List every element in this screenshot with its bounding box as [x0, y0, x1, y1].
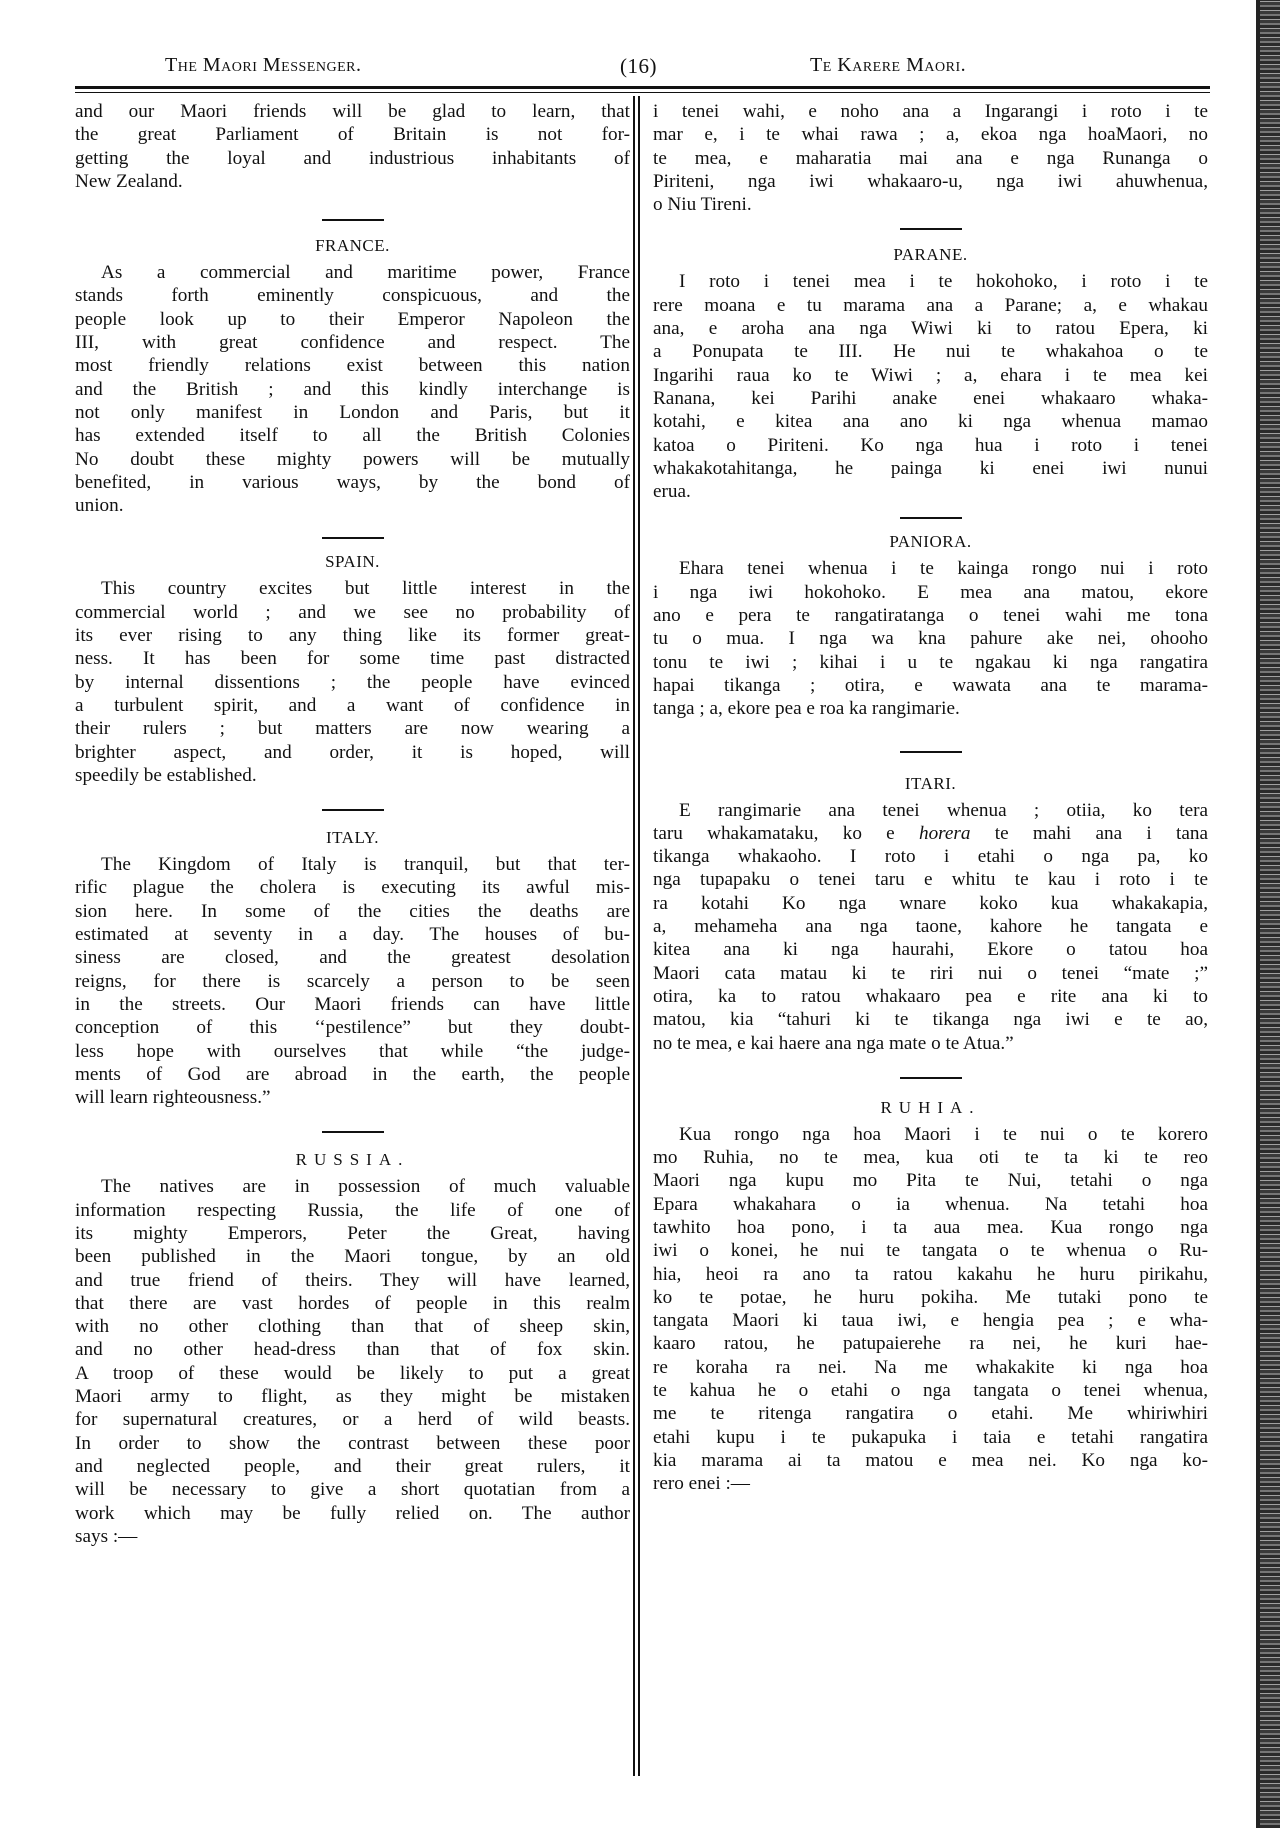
- text-line: no te mea, e kai haere ana nga mate o te…: [653, 1032, 1208, 1055]
- column-divider: [633, 96, 640, 1776]
- itari-section: ITARI. E rangimarie ana tenei whenua ; o…: [653, 773, 1208, 1055]
- france-section: FRANCE. As a commercial and maritime pow…: [75, 235, 630, 517]
- text-line: benefited, in various ways, by the bond …: [75, 471, 630, 494]
- text-line: reigns, for there is scarcely a person t…: [75, 970, 630, 993]
- text-line: matou, kia “tahuri ki te tikanga nga iwi…: [653, 1008, 1208, 1031]
- text-line: The Kingdom of Italy is tranquil, but th…: [75, 853, 630, 876]
- text-line: ko te potae, he huru pokiha. Me tutaki p…: [653, 1286, 1208, 1309]
- section-heading-russia: RUSSIA.: [75, 1149, 630, 1171]
- text-line: In order to show the contrast between th…: [75, 1432, 630, 1455]
- text-line: speedily be established.: [75, 764, 630, 787]
- italic-word: horera: [919, 823, 971, 844]
- text-line: te mea, e maharatia mai ana e nga Runang…: [653, 147, 1208, 170]
- english-column: and our Maori friends will be glad to le…: [75, 100, 630, 1548]
- text-line: most friendly relations exist between th…: [75, 354, 630, 377]
- text-line: and true friend of theirs. They will hav…: [75, 1269, 630, 1292]
- text-line: kitea ana ki nga haurahi, Ekore o tatou …: [653, 938, 1208, 961]
- text-line: E rangimarie ana tenei whenua ; otiia, k…: [653, 799, 1208, 822]
- text-line: rere moana e tu marama ana a Parane; a, …: [653, 294, 1208, 317]
- text-line: tangata Maori ki taua iwi, e hengia pea …: [653, 1309, 1208, 1332]
- spain-section: SPAIN. This country excites but little i…: [75, 551, 630, 787]
- text-line: siness are closed, and the greatest deso…: [75, 946, 630, 969]
- ruhia-section: RUHIA. Kua rongo nga hoa Maori i te nui …: [653, 1097, 1208, 1496]
- text-line: commercial world ; and we see no probabi…: [75, 601, 630, 624]
- text-line: kotahi, e kitea ana ano ki nga whenua ma…: [653, 410, 1208, 433]
- text-line: and the British ; and this kindly interc…: [75, 378, 630, 401]
- text-line: rific plague the cholera is executing it…: [75, 876, 630, 899]
- text-line: etahi kupu i te pukapuka i taia e tetahi…: [653, 1426, 1208, 1449]
- text-line: and our Maori friends will be glad to le…: [75, 100, 630, 123]
- text-line: information respecting Russia, the life …: [75, 1199, 630, 1222]
- text-line: te kahua he o etahi o nga tangata o tene…: [653, 1379, 1208, 1402]
- section-heading-spain: SPAIN.: [75, 551, 630, 573]
- text-line: with no other clothing than that of shee…: [75, 1315, 630, 1338]
- text-fragment: te mahi ana i tana: [971, 823, 1208, 844]
- text-line: a turbulent spirit, and a want of confid…: [75, 694, 630, 717]
- masthead-english-title: The Maori Messenger.: [165, 54, 361, 77]
- section-heading-paniora: PANIORA.: [653, 531, 1208, 553]
- text-line: A troop of these would be likely to put …: [75, 1362, 630, 1385]
- parane-section: PARANE. I roto i tenei mea i te hokohoko…: [653, 244, 1208, 503]
- text-line: ness. It has been for some time past dis…: [75, 647, 630, 670]
- text-line: getting the loyal and industrious inhabi…: [75, 147, 630, 170]
- section-heading-parane: PARANE.: [653, 244, 1208, 266]
- text-line: says :—: [75, 1525, 630, 1548]
- scan-binding-edge: [1260, 0, 1280, 1828]
- text-line: been published in the Maori tongue, by a…: [75, 1245, 630, 1268]
- text-line: The natives are in possession of much va…: [75, 1175, 630, 1198]
- paniora-section: PANIORA. Ehara tenei whenua i te kainga …: [653, 531, 1208, 720]
- text-fragment: taru whakamataku, ko e: [653, 823, 919, 844]
- text-line: Maori cata matau ki te riri nui o tenei …: [653, 962, 1208, 985]
- text-line: brighter aspect, and order, it is hoped,…: [75, 741, 630, 764]
- text-line: mo Ruhia, no te mea, kua oti te ta ki te…: [653, 1146, 1208, 1169]
- text-line: tikanga whakaoho. I roto i etahi o nga p…: [653, 845, 1208, 868]
- text-line: by internal dissentions ; the people hav…: [75, 671, 630, 694]
- text-line: its ever rising to any thing like its fo…: [75, 624, 630, 647]
- section-heading-france: FRANCE.: [75, 235, 630, 257]
- page-number: (16): [620, 54, 657, 79]
- text-line: Ehara tenei whenua i te kainga rongo nui…: [653, 557, 1208, 580]
- section-heading-italy: ITALY.: [75, 827, 630, 849]
- text-line: re koraha ra nei. Na me whakakite ki nga…: [653, 1356, 1208, 1379]
- text-line: i nga iwi hokohoko. E mea ana matou, eko…: [653, 581, 1208, 604]
- text-line: work which may be fully relied on. The a…: [75, 1502, 630, 1525]
- text-line: me te ritenga rangatira o etahi. Me whir…: [653, 1402, 1208, 1425]
- text-line: not only manifest in London and Paris, b…: [75, 401, 630, 424]
- section-heading-itari: ITARI.: [653, 773, 1208, 795]
- text-line: i tenei wahi, e noho ana a Ingarangi i r…: [653, 100, 1208, 123]
- text-line: I roto i tenei mea i te hokohoko, i roto…: [653, 270, 1208, 293]
- text-line: otira, ka to ratou whakaaro pea e rite a…: [653, 985, 1208, 1008]
- text-line: its mighty Emperors, Peter the Great, ha…: [75, 1222, 630, 1245]
- text-line: katoa o Piriteni. Ko nga hua i roto i te…: [653, 434, 1208, 457]
- text-line: will learn righteousness.”: [75, 1086, 630, 1109]
- text-line: a Ponupata te III. He nui te whakahoa o …: [653, 340, 1208, 363]
- text-line: tawhito hoa pono, i ta aua mea. Kua rong…: [653, 1216, 1208, 1239]
- text-line: hapai tikanga ; otira, e wawata ana te m…: [653, 674, 1208, 697]
- text-line: mar e, i te whai rawa ; a, ekoa nga hoaM…: [653, 123, 1208, 146]
- text-line: o Niu Tireni.: [653, 193, 1208, 216]
- text-line: a, mehameha ana nga taone, kahore he tan…: [653, 915, 1208, 938]
- masthead-rule-thin: [75, 92, 1210, 93]
- maori-column: i tenei wahi, e noho ana a Ingarangi i r…: [653, 100, 1208, 1496]
- text-line: tanga ; a, ekore pea e roa ka rangimarie…: [653, 697, 1208, 720]
- masthead: The Maori Messenger. (16) Te Karere Maor…: [75, 48, 1210, 84]
- text-line: Ingarihi raua ko te Wiwi ; a, ehara i te…: [653, 364, 1208, 387]
- text-line: New Zealand.: [75, 170, 630, 193]
- text-line: and no other head-dress than that of fox…: [75, 1338, 630, 1361]
- text-line: tu o mua. I nga wa kna pahure ake nei, o…: [653, 627, 1208, 650]
- text-line: sion here. In some of the cities the dea…: [75, 900, 630, 923]
- text-line: people look up to their Emperor Napoleon…: [75, 308, 630, 331]
- text-line: kaaro ratou, he patupaierehe ra nei, he …: [653, 1332, 1208, 1355]
- text-line: Epara whakahara o ia whenua. Na tetahi h…: [653, 1193, 1208, 1216]
- text-line: III, with great confidence and respect. …: [75, 331, 630, 354]
- text-line: Kua rongo nga hoa Maori i te nui o te ko…: [653, 1123, 1208, 1146]
- text-line: has extended itself to all the British C…: [75, 424, 630, 447]
- text-line: As a commercial and maritime power, Fran…: [75, 261, 630, 284]
- text-line: tonu te iwi ; kihai i u te ngakau ki nga…: [653, 651, 1208, 674]
- russia-section: RUSSIA. The natives are in possession of…: [75, 1149, 630, 1548]
- text-line: stands forth eminently conspicuous, and …: [75, 284, 630, 307]
- text-line: whakakotahitanga, he painga ki enei iwi …: [653, 457, 1208, 480]
- text-line: Maori nga kupu mo Pita te Nui, tetahi o …: [653, 1169, 1208, 1192]
- intro-section-maori: i tenei wahi, e noho ana a Ingarangi i r…: [653, 100, 1208, 216]
- masthead-maori-title: Te Karere Maori.: [810, 54, 966, 77]
- italy-section: ITALY. The Kingdom of Italy is tranquil,…: [75, 827, 630, 1109]
- text-line: estimated at seventy in a day. The house…: [75, 923, 630, 946]
- text-line: their rulers ; but matters are now weari…: [75, 717, 630, 740]
- text-line: union.: [75, 494, 630, 517]
- text-line: that there are vast hordes of people in …: [75, 1292, 630, 1315]
- text-line: ano e pera te rangatiratanga o tenei wah…: [653, 604, 1208, 627]
- text-line: ra kotahi Ko nga wnare koko kua whakakap…: [653, 892, 1208, 915]
- text-line-with-italic: taru whakamataku, ko e horera te mahi an…: [653, 822, 1208, 845]
- text-line: ments of God are abroad in the earth, th…: [75, 1063, 630, 1086]
- text-line: conception of this ‘‘pestilence” but the…: [75, 1016, 630, 1039]
- text-line: Maori army to flight, as they might be m…: [75, 1385, 630, 1408]
- text-line: in the streets. Our Maori friends can ha…: [75, 993, 630, 1016]
- text-line: for supernatural creatures, or a herd of…: [75, 1408, 630, 1431]
- text-line: nga tupapaku o tenei taru e whitu te kau…: [653, 868, 1208, 891]
- text-line: less hope with ourselves that while “the…: [75, 1040, 630, 1063]
- text-line: hia, heoi ra ano ta ratou kakahu he huru…: [653, 1263, 1208, 1286]
- masthead-rule: [75, 86, 1210, 89]
- text-line: This country excites but little interest…: [75, 577, 630, 600]
- text-line: will be necessary to give a short quotat…: [75, 1478, 630, 1501]
- text-line: Ranana, kei Parihi anake enei whakaaro w…: [653, 387, 1208, 410]
- text-line: ana, e aroha ana nga Wiwi ki to ratou Ep…: [653, 317, 1208, 340]
- text-line: No doubt these mighty powers will be mut…: [75, 448, 630, 471]
- text-line: iwi o konei, he nui te tangata o te when…: [653, 1239, 1208, 1262]
- text-line: rero enei :—: [653, 1472, 1208, 1495]
- text-line: Piriteni, nga iwi whakaaro-u, nga iwi ah…: [653, 170, 1208, 193]
- section-heading-ruhia: RUHIA.: [653, 1097, 1208, 1119]
- text-line: erua.: [653, 480, 1208, 503]
- text-line: and neglected people, and their great ru…: [75, 1455, 630, 1478]
- text-line: kia marama ai ta matou e mea nei. Ko nga…: [653, 1449, 1208, 1472]
- text-line: the great Parliament of Britain is not f…: [75, 123, 630, 146]
- newspaper-page: The Maori Messenger. (16) Te Karere Maor…: [0, 0, 1280, 1828]
- intro-section: and our Maori friends will be glad to le…: [75, 100, 630, 193]
